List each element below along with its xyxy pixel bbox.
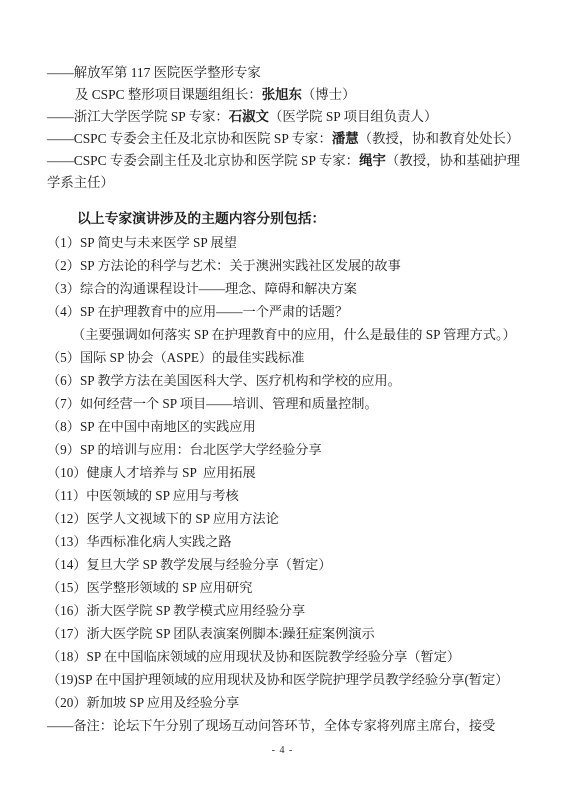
expert-name: 潘慧 xyxy=(332,131,359,146)
topic-item: （2）SP 方法论的科学与艺术：关于澳洲实践社区发展的故事 xyxy=(47,254,520,277)
topic-item: （17）浙大医学院 SP 团队表演案例脚本:躁狂症案例演示 xyxy=(47,622,520,645)
topic-item: （1）SP 简史与未来医学 SP 展望 xyxy=(47,231,520,254)
expert-list: ——解放军第 117 医院医学整形专家 及 CSPC 整形项目课题组组长：张旭东… xyxy=(47,62,520,194)
topic-item: （13）华西标准化病人实践之路 xyxy=(47,530,520,553)
remark-line: ——备注：论坛下午分别了现场互动问答环节，全体专家将列席主席台，接受 xyxy=(47,714,520,737)
topic-item: （14）复旦大学 SP 教学发展与经验分享（暂定） xyxy=(47,553,520,576)
topic-item: （11）中医领域的 SP 应用与考核 xyxy=(47,484,520,507)
topic-item: （6）SP 教学方法在美国医科大学、医疗机构和学校的应用。 xyxy=(47,369,520,392)
topic-item: （3）综合的沟通课程设计——理念、障碍和解决方案 xyxy=(47,277,520,300)
topics-heading: 以上专家演讲涉及的主题内容分别包括： xyxy=(47,207,520,231)
topic-item: （4）SP 在护理教育中的应用——一个严肃的话题？ xyxy=(47,300,520,323)
topic-item: （18）SP 在中国临床领域的应用现状及协和医院教学经验分享（暂定） xyxy=(47,645,520,668)
topic-item: （10）健康人才培养与 SP 应用拓展 xyxy=(47,461,520,484)
expert-name: 石淑文 xyxy=(229,109,269,124)
topic-item: （19)SP 在中国护理领域的应用现状及协和医学院护理学员教学经验分享(暂定） xyxy=(47,668,520,691)
expert-line: ——解放军第 117 医院医学整形专家 xyxy=(47,62,520,84)
expert-line: ——CSPC 专委会主任及北京协和医院 SP 专家：潘慧（教授，协和教育处处长） xyxy=(47,128,520,150)
expert-line: ——浙江大学医学院 SP 专家：石淑文（医学院 SP 项目组负责人） xyxy=(47,106,520,128)
expert-line-text: ——浙江大学医学院 SP 专家： xyxy=(47,109,229,124)
topic-item: （16）浙大医学院 SP 教学模式应用经验分享 xyxy=(47,599,520,622)
topic-note: （主要强调如何落实 SP 在护理教育中的应用，什么是最佳的 SP 管理方式。） xyxy=(47,323,520,346)
expert-line: 及 CSPC 整形项目课题组组长：张旭东（博士） xyxy=(47,84,520,106)
document-page: ——解放军第 117 医院医学整形专家 及 CSPC 整形项目课题组组长：张旭东… xyxy=(0,0,565,800)
expert-line-text: ——CSPC 专委会副主任及北京协和医学院 SP 专家： xyxy=(47,153,359,168)
expert-line-text: （医学院 SP 项目组负责人） xyxy=(269,109,437,124)
expert-line: ——CSPC 专委会副主任及北京协和医学院 SP 专家：绳宇（教授，协和基础护理… xyxy=(47,150,520,194)
topic-item: （15）医学整形领域的 SP 应用研究 xyxy=(47,576,520,599)
topic-item: （7）如何经营一个 SP 项目——培训、管理和质量控制。 xyxy=(47,392,520,415)
page-footer: - 4 - xyxy=(0,740,565,758)
topic-item: （9）SP 的培训与应用：台北医学大学经验分享 xyxy=(47,438,520,461)
expert-name: 绳宇 xyxy=(359,153,386,168)
topic-item: （20）新加坡 SP 应用及经验分享 xyxy=(47,691,520,714)
expert-line-text: ——CSPC 专委会主任及北京协和医院 SP 专家： xyxy=(47,131,332,146)
expert-line-text: 及 CSPC 整形项目课题组组长： xyxy=(75,87,262,102)
topic-item: （12）医学人文视域下的 SP 应用方法论 xyxy=(47,507,520,530)
topic-item: （8）SP 在中国中南地区的实践应用 xyxy=(47,415,520,438)
expert-name: 张旭东 xyxy=(262,87,302,102)
expert-line-text: （教授，协和教育处处长） xyxy=(359,131,520,146)
topics-list: （1）SP 简史与未来医学 SP 展望 （2）SP 方法论的科学与艺术：关于澳洲… xyxy=(47,231,520,714)
page-number: - 4 - xyxy=(272,745,294,756)
expert-line-text: ——解放军第 117 医院医学整形专家 xyxy=(47,65,261,80)
expert-line-text: （博士） xyxy=(302,87,356,102)
topic-item: （5）国际 SP 协会（ASPE）的最佳实践标准 xyxy=(47,346,520,369)
